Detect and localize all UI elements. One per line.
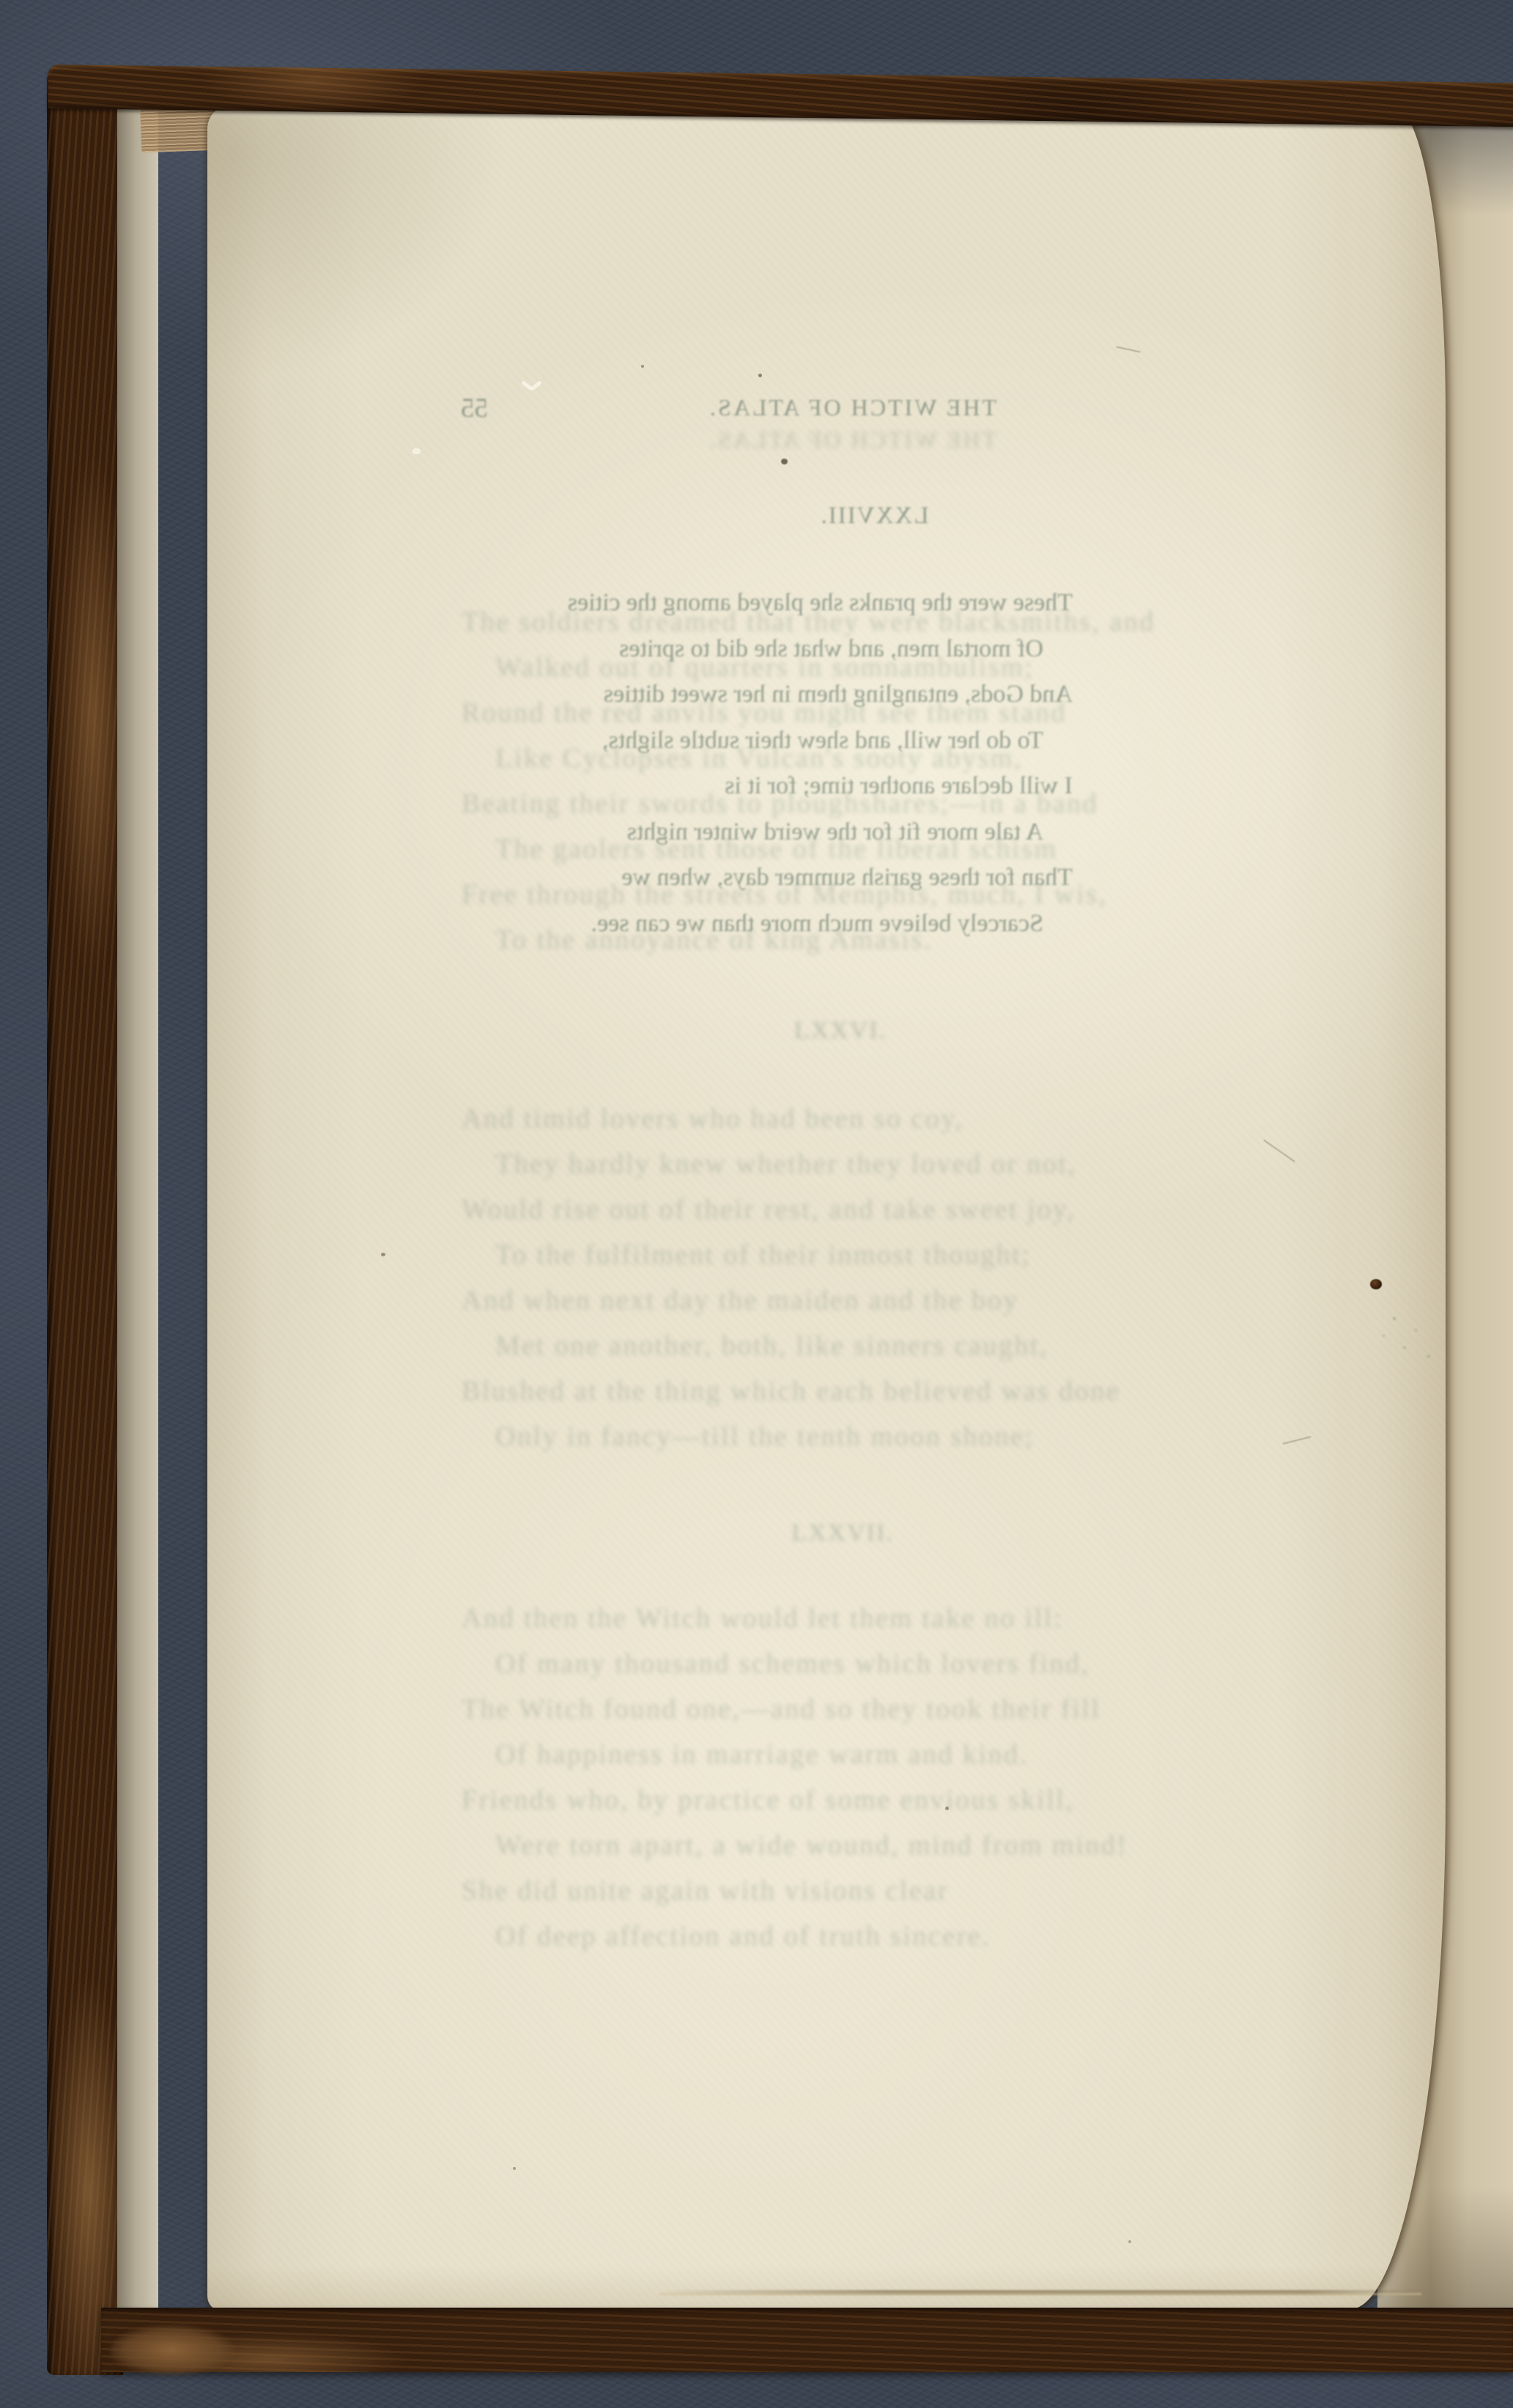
brown-speck xyxy=(381,1253,385,1256)
paper-chip xyxy=(413,448,421,454)
verse-line: Of happiness in marriage warm and kind. xyxy=(462,1732,1443,1777)
verse-line: The soldiers dreamed that they were blac… xyxy=(462,599,1443,645)
book-cover-spine-edge xyxy=(47,69,123,2375)
verse-line: Blushed at the thing which each believed… xyxy=(462,1368,1443,1414)
speckle xyxy=(1403,1346,1406,1349)
dark-speck xyxy=(781,459,788,464)
stanza-heading: LXXVIII. xyxy=(691,503,1057,530)
brown-speck xyxy=(945,1807,949,1810)
page-number: 55 xyxy=(450,393,488,424)
verse-line: Of deep affection and of truth sincere. xyxy=(462,1914,1443,1959)
paper-fibre xyxy=(1116,346,1141,352)
verse-line: Walked out of quarters in somnambulism; xyxy=(462,645,1443,690)
verse-line: And timid lovers who had been so coy, xyxy=(462,1096,1443,1141)
ink-blot-speck xyxy=(1370,1279,1382,1289)
speckle xyxy=(1415,1329,1417,1331)
show-through-stanza-b: And timid lovers who had been so coy, Th… xyxy=(462,1096,1443,1459)
verse-line: To the fulfilment of their inmost though… xyxy=(462,1232,1443,1278)
endpaper-shadow-strip xyxy=(117,101,158,2318)
verse-line: To the annoyance of king Amasis. xyxy=(462,917,1443,963)
brown-speck xyxy=(1128,2240,1131,2243)
show-through-stanza-c-heading: LXXVII. xyxy=(623,1519,1062,1547)
verse-line: Only in fancy—till the tenth moon shone; xyxy=(462,1414,1443,1459)
verse-line: Friends who, by practice of some envious… xyxy=(462,1777,1443,1823)
verse-line: Of many thousand schemes which lovers fi… xyxy=(462,1641,1443,1686)
verse-line: Round the red anvils you might see them … xyxy=(462,690,1443,736)
page-fore-edge-stack xyxy=(155,103,210,2319)
verse-line: Like Cyclopses in Vulcan's sooty abysm, xyxy=(462,736,1443,781)
show-through-stanza-b-heading: LXXVI. xyxy=(621,1017,1060,1045)
book-cover-bottom-edge xyxy=(101,2308,1513,2372)
verse-line: The Witch found one,—and so they took th… xyxy=(462,1686,1443,1732)
running-title: THE WITCH OF ATLAS. xyxy=(669,394,1035,421)
brown-speck xyxy=(513,2167,516,2170)
verse-line: Would rise out of their rest, and take s… xyxy=(462,1187,1443,1232)
speckle xyxy=(1393,1317,1396,1320)
speckle xyxy=(1427,1355,1430,1357)
verse-line: And when next day the maiden and the boy xyxy=(462,1278,1443,1323)
brown-speck xyxy=(641,365,644,368)
book-photograph: 55 THE WITCH OF ATLAS. THE WITCH OF ATLA… xyxy=(0,0,1513,2408)
verse-line: And then the Witch would let them take n… xyxy=(462,1596,1443,1641)
verse-line: Beating their swords to ploughshares;—in… xyxy=(462,781,1443,826)
speckle xyxy=(1383,1335,1385,1337)
show-through-stanza-c: And then the Witch would let them take n… xyxy=(462,1596,1443,1959)
show-through-stanza-a: The soldiers dreamed that they were blac… xyxy=(462,599,1443,963)
verse-line: They hardly knew whether they loved or n… xyxy=(462,1141,1443,1187)
verse-line: The gaolers sent those of the liberal sc… xyxy=(462,826,1443,872)
verse-line: She did unite again with visions clear xyxy=(462,1868,1443,1914)
blank-book-page: 55 THE WITCH OF ATLAS. THE WITCH OF ATLA… xyxy=(207,107,1446,2309)
verse-line: Free through the streets of Memphis, muc… xyxy=(462,872,1443,917)
page-beneath-edge-line xyxy=(659,2290,1421,2295)
dark-speck xyxy=(758,374,762,377)
verse-line: Were torn apart, a wide wound, mind from… xyxy=(462,1823,1443,1868)
running-title-ghost-impression: THE WITCH OF ATLAS. xyxy=(669,426,1035,453)
verse-line: Met one another, both, like sinners caug… xyxy=(462,1323,1443,1368)
